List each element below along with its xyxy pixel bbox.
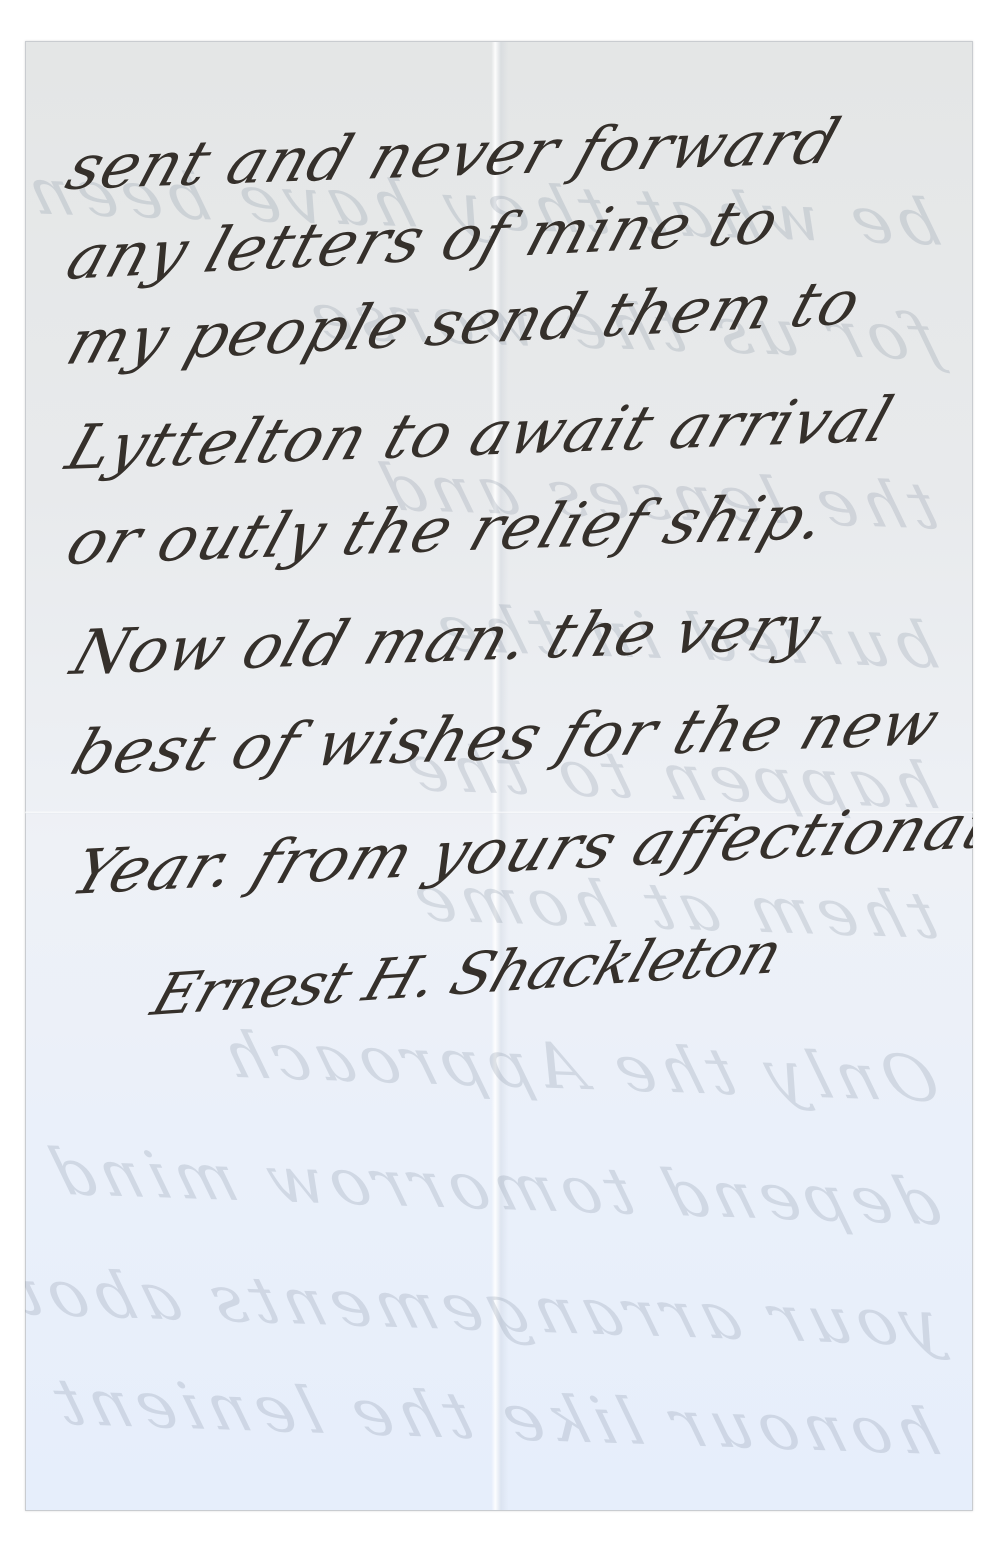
letter-line: Year. from yours affectionately — [62, 784, 973, 909]
bleed-line: honour like the lenient — [40, 1366, 948, 1471]
letter-line: or outly the relief ship. — [58, 480, 837, 579]
bleed-line: Only the Approach — [208, 1019, 947, 1118]
signature: Ernest H. Shackleton — [144, 919, 791, 1029]
letter-line: best of wishes for the new — [63, 686, 950, 789]
bleed-line: depend tomorrow mind — [36, 1136, 949, 1241]
letter-line: Lyttelton to await arrival — [58, 383, 902, 484]
letter-page: be what they have been for us the worse … — [25, 41, 973, 1511]
letter-line: Now old man. the very — [63, 590, 831, 689]
bleed-line: your arrangements about — [25, 1254, 949, 1362]
